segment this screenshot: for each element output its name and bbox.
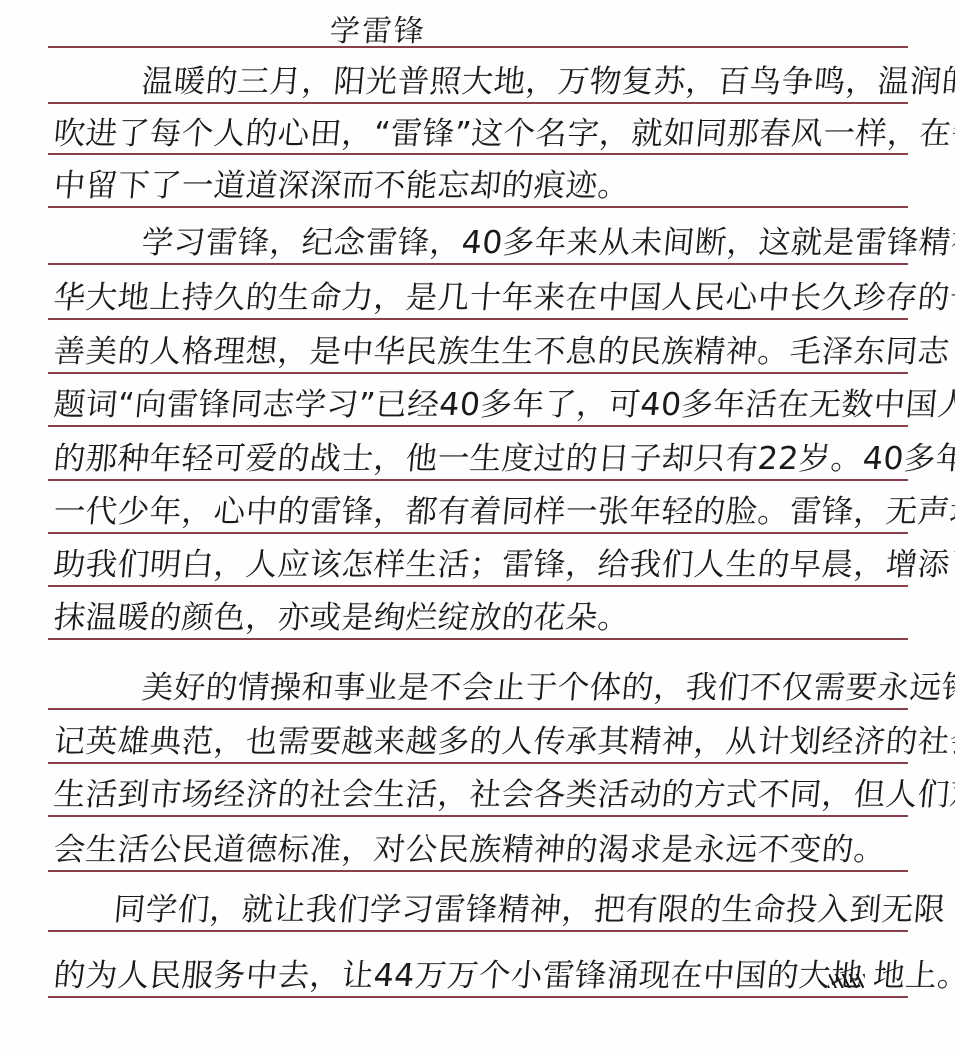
ruled-line bbox=[48, 930, 908, 932]
text-line: 华大地上持久的生命力，是几十年来在中国人民心中长久珍存的一个真 bbox=[52, 278, 911, 318]
text-line: 会生活公民道德标准，对公民族精神的渴求是永远不变的。 bbox=[52, 830, 911, 870]
ruled-line bbox=[48, 532, 908, 534]
final-line-tail: 地上。 bbox=[872, 958, 955, 994]
text-line: 同学们，就让我们学习雷锋精神，把有限的生命投入到无限 bbox=[112, 890, 883, 930]
ruled-line bbox=[48, 638, 908, 640]
text-line: 助我们明白，人应该怎样生活；雷锋，给我们人生的早晨，增添了一 bbox=[52, 545, 911, 585]
ruled-line bbox=[48, 263, 908, 265]
ruled-line bbox=[48, 762, 908, 764]
ruled-line bbox=[48, 318, 908, 320]
essay-title: 学雷锋 bbox=[328, 6, 427, 50]
text-line: 学习雷锋，纪念雷锋，40多年来从未间断，这就是雷锋精神在中 bbox=[140, 223, 911, 263]
ruled-line bbox=[48, 479, 908, 481]
ruled-line bbox=[48, 153, 908, 155]
ruled-line bbox=[48, 102, 908, 104]
text-line: 抹温暖的颜色，亦或是绚烂绽放的花朵。 bbox=[52, 598, 911, 638]
text-line: 生活到市场经济的社会生活，社会各类活动的方式不同，但人们对社 bbox=[52, 775, 911, 815]
ruled-line bbox=[48, 996, 908, 998]
text-line: 记英雄典范，也需要越来越多的人传承其精神，从计划经济的社会 bbox=[52, 722, 911, 762]
text-line-final: 的为人民服务中去，让44万万个小雷锋涌现在中国的大地 地上。 bbox=[52, 956, 911, 996]
text-line: 美好的情操和事业是不会止于个体的，我们不仅需要永远铭 bbox=[140, 668, 911, 708]
ruled-line bbox=[48, 708, 908, 710]
ruled-line bbox=[48, 425, 908, 427]
text-line: 中留下了一道道深深而不能忘却的痕迹。 bbox=[52, 166, 911, 206]
ruled-line bbox=[48, 46, 908, 48]
text-line: 一代少年，心中的雷锋，都有着同样一张年轻的脸。雷锋，无声地帮 bbox=[52, 492, 911, 532]
ruled-line bbox=[48, 206, 908, 208]
lined-paper-sheet: 学雷锋 温暖的三月，阳光普照大地，万物复苏，百鸟争鸣，温润的春风 吹进了每个人的… bbox=[0, 0, 955, 1049]
text-line: 题词“向雷锋同志学习”已经40多年了，可40多年活在无数中国人心中 bbox=[52, 385, 911, 425]
text-line: 吹进了每个人的心田，“雷锋”这个名字，就如同那春风一样，在每个人的心 bbox=[52, 114, 911, 154]
ruled-line bbox=[48, 585, 908, 587]
ruled-line bbox=[48, 372, 908, 374]
final-line-text: 的为人民服务中去，让44万万个小雷锋涌现在中国的大 bbox=[52, 958, 832, 994]
text-line: 善美的人格理想，是中华民族生生不息的民族精神。毛泽东同志 bbox=[52, 332, 911, 372]
text-line: 的那种年轻可爱的战士，他一生度过的日子却只有22岁。40多年来，每 bbox=[52, 439, 911, 479]
text-line: 温暖的三月，阳光普照大地，万物复苏，百鸟争鸣，温润的春风 bbox=[140, 62, 911, 102]
ruled-line bbox=[48, 870, 908, 872]
crossed-out-word: 地 bbox=[829, 956, 865, 996]
ruled-line bbox=[48, 815, 908, 817]
